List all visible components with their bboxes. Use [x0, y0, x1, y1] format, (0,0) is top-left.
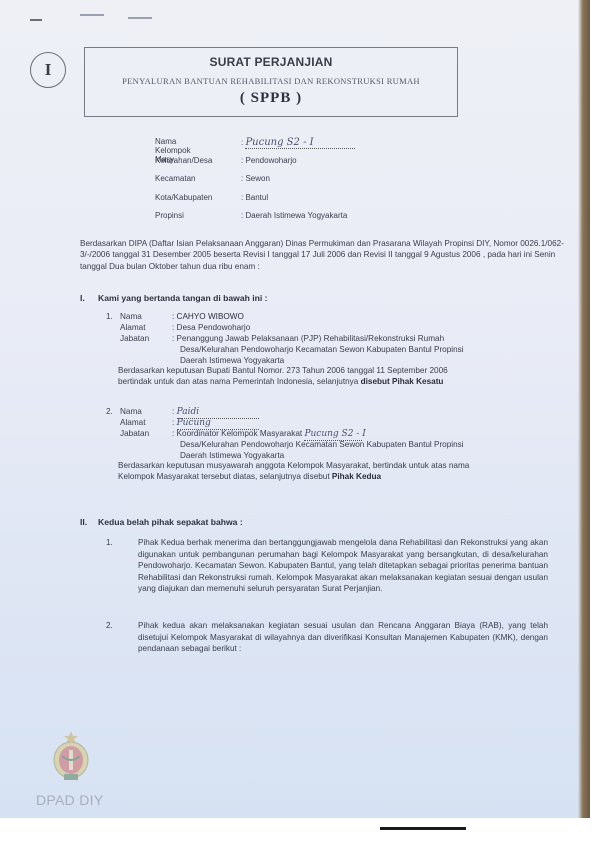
mark [128, 17, 152, 19]
party-2-basis-2: Kelompok Masyarakat tersebut diatas, sel… [108, 472, 578, 483]
section-number: II. [80, 517, 87, 527]
position-continued: Desa/Kelurahan Pendowoharjo Kecamatan Se… [108, 345, 578, 356]
party-row: 2. Nama : Paidi [108, 407, 578, 418]
handwritten-address: Pucung [177, 418, 259, 430]
agreement-item: 1. Pihak Kedua berhak menerima dan berta… [108, 537, 548, 595]
field-label: Jabatan [120, 429, 149, 440]
field-label: Nama [120, 407, 142, 418]
party-1-basis-2: bertindak untuk dan atas nama Pemerintah… [108, 377, 578, 388]
info-label: Kota/Kabupaten [155, 193, 212, 202]
watermark-text: DPAD DIY [36, 792, 104, 808]
party-1-address: : Desa Pendowoharjo [172, 323, 250, 334]
field-label: Alamat [120, 323, 145, 334]
info-value: : Daerah Istimewa Yogyakarta [241, 211, 347, 220]
title-box: SURAT PERJANJIAN PENYALURAN BANTUAN REHA… [84, 47, 458, 117]
mark [80, 14, 104, 16]
info-value: : Pucung S2 - I [241, 137, 355, 149]
party-designation: Pihak Kedua [332, 472, 381, 481]
section-number: I. [80, 293, 85, 303]
section-title: Kami yang bertanda tangan di bawah ini : [98, 293, 268, 303]
info-label: Kelurahan/Desa [155, 156, 212, 165]
party-2-name-field: : Paidi [172, 407, 259, 419]
intro-paragraph: Berdasarkan DIPA (Daftar Isian Pelaksana… [80, 238, 568, 272]
basis-text: bertindak untuk dan atas nama Pemerintah… [118, 377, 361, 386]
party-row: 1. Nama : CAHYO WIBOWO [108, 312, 578, 323]
mark [30, 19, 42, 21]
party-1-basis: Berdasarkan keputusan Bupati Bantul Nomo… [108, 366, 578, 377]
handwritten-group: Pucung S2 - I [304, 429, 362, 441]
party-row: Alamat : Desa Pendowoharjo [108, 323, 578, 334]
position-continued: Daerah Istimewa Yogyakarta [108, 356, 578, 367]
item-number: 2. [106, 620, 113, 632]
info-label: Propinsi [155, 211, 184, 220]
info-value: : Pendowoharjo [241, 156, 297, 165]
footer-bar [380, 827, 466, 830]
party-number: 1. [106, 312, 113, 323]
position-continued: Daerah Istimewa Yogyakarta [108, 451, 578, 462]
party-1: 1. Nama : CAHYO WIBOWO Alamat : Desa Pen… [108, 312, 578, 387]
item-text: Pihak Kedua berhak menerima dan bertangg… [138, 537, 548, 595]
item-text: Pihak kedua akan melaksanakan kegiatan s… [138, 620, 548, 655]
field-label: Nama [120, 312, 142, 323]
document-title: SURAT PERJANJIAN [85, 55, 457, 69]
page-number-badge: I [30, 52, 66, 88]
position-text: : Koordinator Kelompok Masyarakat [172, 429, 304, 438]
party-2-position: : Koordinator Kelompok Masyarakat Pucung… [172, 429, 362, 441]
handwritten-group-name: Pucung S2 - I [245, 137, 355, 149]
party-number: 2. [106, 407, 113, 418]
info-value: : Sewon [241, 174, 270, 183]
page-edge-shadow [578, 0, 590, 818]
party-2-address-field: : Pucung [172, 418, 259, 430]
document-code: ( SPPB ) [85, 90, 457, 107]
field-label: Jabatan [120, 334, 149, 345]
basis-text: Kelompok Masyarakat tersebut diatas, sel… [118, 472, 332, 481]
info-label: Kecamatan [155, 174, 195, 183]
party-1-position: : Penanggung Jawab Pelaksanaan (PJP) Reh… [172, 334, 444, 345]
handwritten-name: Paidi [177, 407, 259, 419]
party-2: 2. Nama : Paidi Alamat : Pucung Jabatan … [108, 407, 578, 482]
document-page: I SURAT PERJANJIAN PENYALURAN BANTUAN RE… [0, 0, 590, 818]
party-row: Alamat : Pucung [108, 418, 578, 429]
party-1-name: : CAHYO WIBOWO [172, 312, 244, 323]
info-value: : Bantul [241, 193, 268, 202]
party-2-basis: Berdasarkan keputusan musyawarah anggota… [108, 461, 578, 472]
party-row: Jabatan : Penanggung Jawab Pelaksanaan (… [108, 334, 578, 345]
position-continued: Desa/Kelurahan Pendowoharjo Kecamatan Se… [108, 440, 578, 451]
agreement-item: 2. Pihak kedua akan melaksanakan kegiata… [108, 620, 548, 655]
field-label: Alamat [120, 418, 145, 429]
yogyakarta-emblem-icon [50, 730, 92, 784]
document-subtitle: PENYALURAN BANTUAN REHABILITASI DAN REKO… [85, 76, 457, 86]
party-designation: disebut Pihak Kesatu [361, 377, 444, 386]
item-number: 1. [106, 537, 113, 549]
party-row: Jabatan : Koordinator Kelompok Masyaraka… [108, 429, 578, 440]
section-title: Kedua belah pihak sepakat bahwa : [98, 517, 243, 527]
